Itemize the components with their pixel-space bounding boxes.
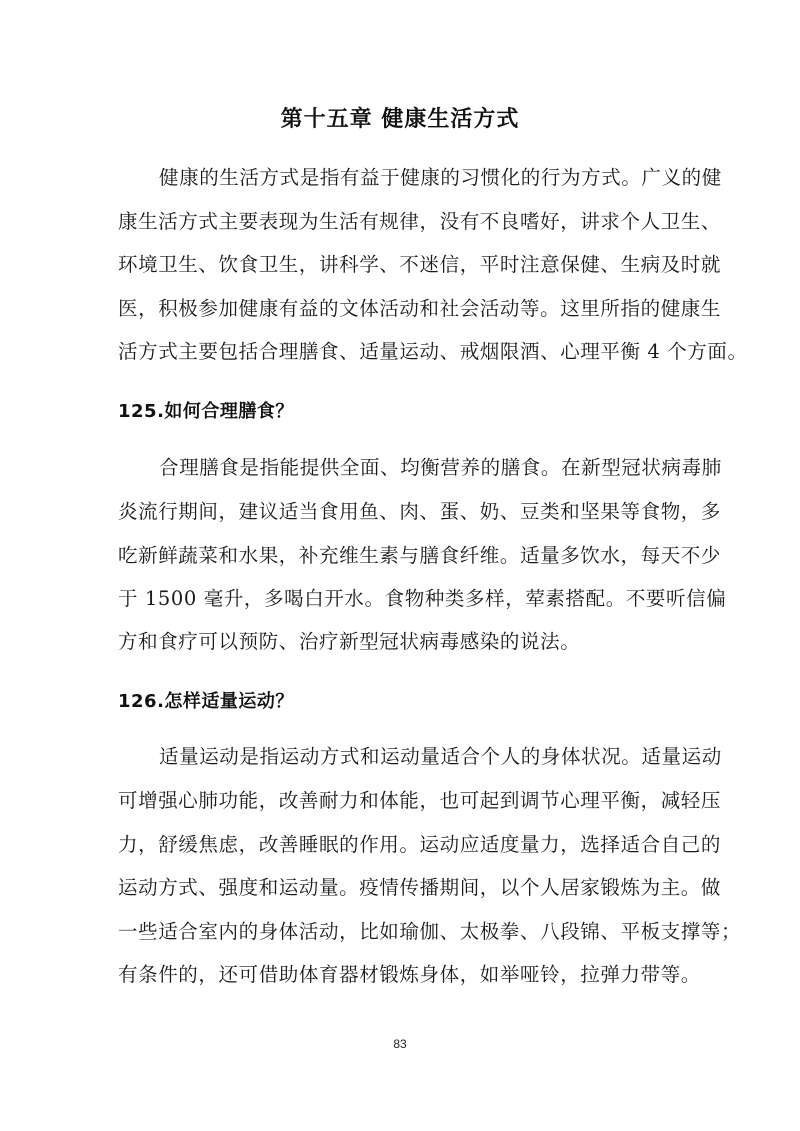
paragraph-line: 健康的生活方式是指有益于健康的习惯化的行为方式。广义的健 (159, 166, 729, 190)
paragraph-line: 于 1500 毫升，多喝白开水。食物种类多样，荤素搭配。不要听信偏 (118, 587, 688, 611)
paragraph-line: 可增强心肺功能，改善耐力和体能，也可起到调节心理平衡，减轻压 (118, 789, 688, 813)
paragraph-line: 有条件的，还可借助体育器材锻炼身体，如举哑铃，拉弹力带等。 (118, 963, 688, 987)
section-heading-125: 125.如何合理膳食？ (118, 397, 294, 423)
paragraph-line: 一些适合室内的身体活动，比如瑜伽、太极拳、八段锦、平板支撑等； (118, 920, 688, 944)
section-heading-126: 126.怎样适量运动？ (118, 687, 294, 713)
paragraph-line: 适量运动是指运动方式和运动量适合个人的身体状况。适量运动 (159, 745, 729, 769)
document-page: 第十五章 健康生活方式 健康的生活方式是指有益于健康的习惯化的行为方式。广义的健… (0, 0, 800, 1131)
paragraph-line: 活方式主要包括合理膳食、适量运动、戒烟限酒、心理平衡 4 个方面。 (118, 340, 688, 364)
page-number: 83 (0, 1037, 800, 1051)
paragraph-line: 医，积极参加健康有益的文体活动和社会活动等。这里所指的健康生 (118, 297, 688, 321)
paragraph-line: 力，舒缓焦虑，改善睡眠的作用。运动应适度量力，选择适合自己的 (118, 833, 688, 857)
paragraph-line: 方和食疗可以预防、治疗新型冠状病毒感染的说法。 (118, 630, 688, 654)
paragraph-line: 吃新鲜蔬菜和水果，补充维生素与膳食纤维。适量多饮水，每天不少 (118, 544, 688, 568)
paragraph-line: 合理膳食是指能提供全面、均衡营养的膳食。在新型冠状病毒肺 (159, 456, 729, 480)
paragraph-line: 运动方式、强度和运动量。疫情传播期间，以个人居家锻炼为主。做 (118, 876, 688, 900)
chapter-title: 第十五章 健康生活方式 (0, 102, 800, 133)
paragraph-line: 康生活方式主要表现为生活有规律，没有不良嗜好，讲求个人卫生、 (118, 210, 688, 234)
paragraph-line: 环境卫生、饮食卫生，讲科学、不迷信，平时注意保健、生病及时就 (118, 253, 688, 277)
paragraph-line: 炎流行期间，建议适当食用鱼、肉、蛋、奶、豆类和坚果等食物，多 (118, 500, 688, 524)
